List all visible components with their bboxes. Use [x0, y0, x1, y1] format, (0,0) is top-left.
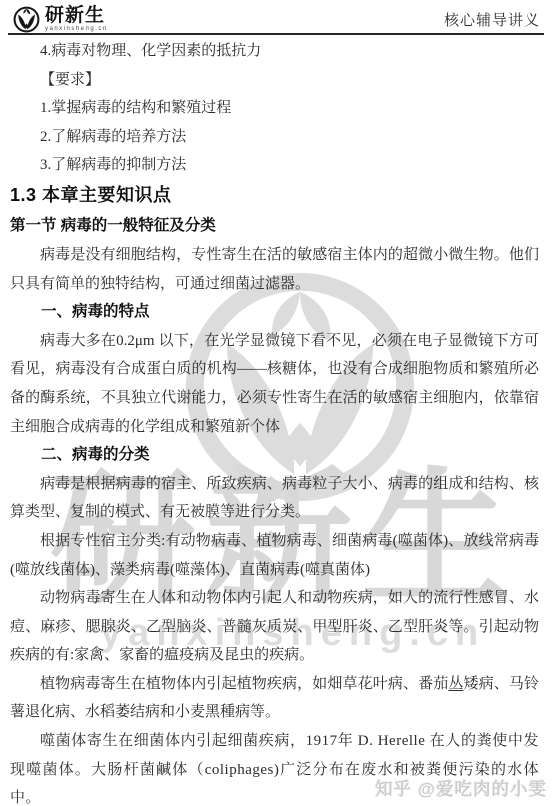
requirement-item-2: 2.了解病毒的培养方法: [10, 123, 539, 152]
header-rule: [8, 33, 544, 35]
paragraph-features: 病毒大多在0.2μm 以下，在光学显微镜下看不见，必须在电子显微镜下方可看见，病…: [10, 327, 539, 441]
list-item-resistance: 4.病毒对物理、化学因素的抵抗力: [10, 37, 539, 66]
plant-text-a: 植物病毒寄生在植物体内引起植物疾病，如畑草花叶病、番茄: [40, 676, 448, 692]
plant-text-underlined: 丛: [448, 676, 463, 692]
requirement-item-3: 3.了解病毒的抑制方法: [10, 151, 539, 180]
page-header: 研新生 yanxinsheng.cn 核心辅导讲义: [13, 5, 540, 33]
brand-name: 研新生: [45, 6, 108, 25]
doc-type-label: 核心辅导讲义: [444, 9, 540, 30]
section-heading: 1.3 本章主要知识点: [10, 180, 539, 211]
brand-logo: 研新生 yanxinsheng.cn: [13, 6, 108, 33]
subheading-classification: 二、病毒的分类: [10, 441, 539, 470]
doc-body: 4.病毒对物理、化学因素的抵抗力 【要求】 1.掌握病毒的结构和繁殖过程 2.了…: [10, 37, 539, 806]
paragraph-intro: 病毒是没有细胞结构，专性寄生在活的敏感宿主体内的超微小微生物。他们只具有简单的独…: [10, 241, 539, 298]
paragraph-plant-viruses: 植物病毒寄生在植物体内引起植物疾病，如畑草花叶病、番茄丛矮病、马铃薯退化病、水稻…: [10, 670, 539, 727]
brand-words: 研新生 yanxinsheng.cn: [45, 6, 108, 32]
document-page: 研新生 yanxinsheng.cn 研新生 yanxinsheng.cn 核心…: [0, 0, 552, 806]
brand-logo-icon: [13, 6, 40, 33]
paragraph-host-types: 根据专性宿主分类:有动物病毒、植物病毒、细菌病毒(噬菌体)、放线常病毒(噬放线菌…: [10, 527, 539, 584]
zhihu-credit-watermark: 知乎 @爱吃肉的小雯: [375, 776, 547, 801]
requirement-item-1: 1.掌握病毒的结构和繁殖过程: [10, 94, 539, 123]
paragraph-animal-viruses: 动物病毒寄生在人体和动物体内引起人和动物疾病，如人的流行性感冒、水痘、麻疹、腮腺…: [10, 584, 539, 670]
paragraph-classification-basis: 病毒是根据病毒的宿主、所致疾病、病毒粒子大小、病毒的组成和结构、核算类型、复制的…: [10, 470, 539, 527]
brand-url: yanxinsheng.cn: [45, 26, 108, 32]
subsection-heading: 第一节 病毒的一般特征及分类: [10, 211, 539, 241]
requirements-title: 【要求】: [10, 66, 539, 95]
subheading-features: 一、病毒的特点: [10, 298, 539, 327]
document-content: 研新生 yanxinsheng.cn 核心辅导讲义 4.病毒对物理、化学因素的抵…: [0, 0, 552, 806]
